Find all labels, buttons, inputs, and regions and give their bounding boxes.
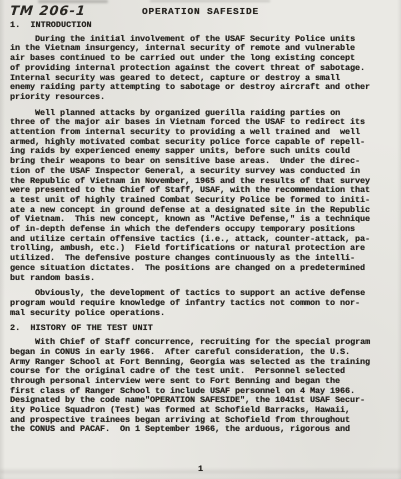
document-title: OPERATION SAFESIDE — [0, 6, 401, 17]
section-heading-history: 2. HISTORY OF THE TEST UNIT — [10, 324, 393, 334]
paragraph-intro-1: During the initial involvement of the US… — [10, 35, 393, 103]
document-page: TM 206-1 OPERATION SAFESIDE 1. INTRODUCT… — [0, 0, 401, 479]
paragraph-intro-3: Obviously, the development of tactics to… — [10, 289, 393, 318]
page-header: TM 206-1 OPERATION SAFESIDE — [0, 3, 401, 21]
paragraph-intro-2: Well planned attacks by organized gueril… — [10, 109, 393, 284]
paragraph-history-1: With Chief of Staff concurrence, recruit… — [10, 338, 393, 435]
scan-artifact — [150, 0, 270, 2]
page-number: 1 — [0, 464, 401, 474]
section-heading-introduction: 1. INTRODUCTION — [10, 21, 393, 31]
document-body: 1. INTRODUCTION During the initial invol… — [10, 21, 393, 441]
